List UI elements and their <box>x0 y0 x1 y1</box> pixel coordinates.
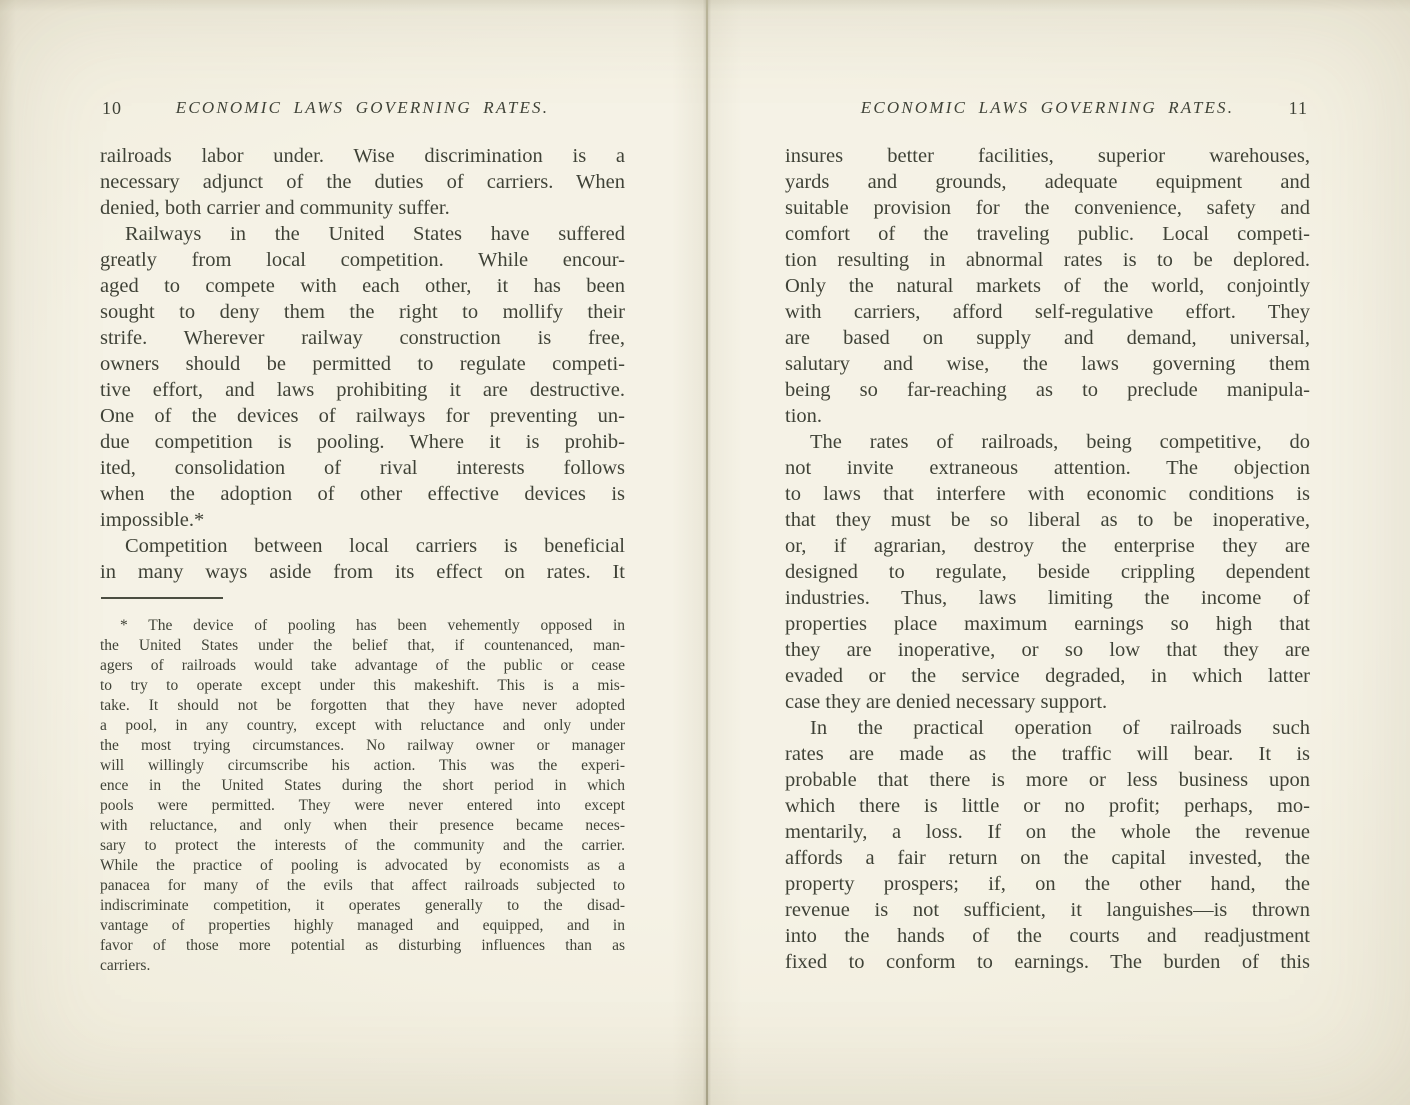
text-line: or, if agrarian, destroy the enterprise … <box>785 533 1310 559</box>
left-footnote-text: * The device of pooling has been vehemen… <box>100 616 625 976</box>
text-line: that they must be so liberal as to be in… <box>785 507 1310 533</box>
text-line: probable that there is more or less busi… <box>785 767 1310 793</box>
text-line: industries. Thus, laws limiting the inco… <box>785 585 1310 611</box>
text-line: into the hands of the courts and readjus… <box>785 923 1310 949</box>
text-line: aged to compete with each other, it has … <box>100 273 625 299</box>
text-line: favor of those more potential as disturb… <box>100 936 625 956</box>
right-page-number: 11 <box>1289 95 1308 121</box>
text-line: property prospers; if, on the other hand… <box>785 871 1310 897</box>
text-line: the most trying circumstances. No railwa… <box>100 736 625 756</box>
text-line: properties place maximum earnings so hig… <box>785 611 1310 637</box>
text-line: The rates of railroads, being competitiv… <box>785 429 1310 455</box>
text-line: mentarily, a loss. If on the whole the r… <box>785 819 1310 845</box>
text-line: insures better facilities, superior ware… <box>785 143 1310 169</box>
text-line: not invite extraneous attention. The obj… <box>785 455 1310 481</box>
binding-gutter-line <box>706 0 708 1105</box>
right-page: 11 ECONOMIC LAWS GOVERNING RATES. insure… <box>785 95 1310 975</box>
text-line: sary to protect the interests of the com… <box>100 836 625 856</box>
text-line: salutary and wise, the laws governing th… <box>785 351 1310 377</box>
text-line: Only the natural markets of the world, c… <box>785 273 1310 299</box>
text-line: ited, consolidation of rival interests f… <box>100 455 625 481</box>
left-running-head: 10 ECONOMIC LAWS GOVERNING RATES. <box>100 95 625 121</box>
text-line: take. It should not be forgotten that th… <box>100 696 625 716</box>
text-line: rates are made as the traffic will bear.… <box>785 741 1310 767</box>
text-line: * The device of pooling has been vehemen… <box>100 616 625 636</box>
text-line: case they are denied necessary support. <box>785 689 1310 715</box>
text-line: yards and grounds, adequate equipment an… <box>785 169 1310 195</box>
text-line: tion. <box>785 403 1310 429</box>
text-line: revenue is not sufficient, it languishes… <box>785 897 1310 923</box>
text-line: with reluctance, and only when their pre… <box>100 816 625 836</box>
text-line: are based on supply and demand, universa… <box>785 325 1310 351</box>
text-line: due competition is pooling. Where it is … <box>100 429 625 455</box>
text-line: agers of railroads would take advantage … <box>100 656 625 676</box>
footnote-separator <box>101 597 223 599</box>
text-line: pools were permitted. They were never en… <box>100 796 625 816</box>
text-line: to try to operate except under this make… <box>100 676 625 696</box>
text-line: tion resulting in abnormal rates is to b… <box>785 247 1310 273</box>
left-page-number: 10 <box>102 95 122 121</box>
text-line: when the adoption of other effective dev… <box>100 481 625 507</box>
text-line: tive effort, and laws prohibiting it are… <box>100 377 625 403</box>
left-body-text: railroads labor under. Wise discriminati… <box>100 143 625 585</box>
text-line: vantage of properties highly managed and… <box>100 916 625 936</box>
right-running-title: ECONOMIC LAWS GOVERNING RATES. <box>785 95 1310 121</box>
text-line: affords a fair return on the capital inv… <box>785 845 1310 871</box>
text-line: suitable provision for the convenience, … <box>785 195 1310 221</box>
book-spread: 10 ECONOMIC LAWS GOVERNING RATES. railro… <box>0 0 1410 1105</box>
text-line: strife. Wherever railway construction is… <box>100 325 625 351</box>
text-line: a pool, in any country, except with relu… <box>100 716 625 736</box>
text-line: in many ways aside from its effect on ra… <box>100 559 625 585</box>
scan-left-edge-shadow <box>0 0 16 1105</box>
text-line: denied, both carrier and community suffe… <box>100 195 625 221</box>
text-line: While the practice of pooling is advocat… <box>100 856 625 876</box>
text-line: railroads labor under. Wise discriminati… <box>100 143 625 169</box>
left-page: 10 ECONOMIC LAWS GOVERNING RATES. railro… <box>100 95 625 976</box>
text-line: greatly from local competition. While en… <box>100 247 625 273</box>
text-line: sought to deny them the right to mollify… <box>100 299 625 325</box>
text-line: will willingly circumscribe his action. … <box>100 756 625 776</box>
text-line: owners should be permitted to regulate c… <box>100 351 625 377</box>
text-line: indiscriminate competition, it operates … <box>100 896 625 916</box>
text-line: In the practical operation of railroads … <box>785 715 1310 741</box>
left-running-title: ECONOMIC LAWS GOVERNING RATES. <box>100 95 625 121</box>
text-line: impossible.* <box>100 507 625 533</box>
text-line: which there is little or no profit; perh… <box>785 793 1310 819</box>
text-line: carriers. <box>100 956 625 976</box>
text-line: fixed to conform to earnings. The burden… <box>785 949 1310 975</box>
text-line: to laws that interfere with economic con… <box>785 481 1310 507</box>
text-line: ence in the United States during the sho… <box>100 776 625 796</box>
text-line: One of the devices of railways for preve… <box>100 403 625 429</box>
text-line: with carriers, afford self-regulative ef… <box>785 299 1310 325</box>
text-line: necessary adjunct of the duties of carri… <box>100 169 625 195</box>
text-line: designed to regulate, beside crippling d… <box>785 559 1310 585</box>
right-running-head: 11 ECONOMIC LAWS GOVERNING RATES. <box>785 95 1310 121</box>
text-line: Competition between local carriers is be… <box>100 533 625 559</box>
text-line: comfort of the traveling public. Local c… <box>785 221 1310 247</box>
right-body-text: insures better facilities, superior ware… <box>785 143 1310 975</box>
text-line: Railways in the United States have suffe… <box>100 221 625 247</box>
text-line: panacea for many of the evils that affec… <box>100 876 625 896</box>
text-line: being so far-reaching as to preclude man… <box>785 377 1310 403</box>
text-line: they are inoperative, or so low that the… <box>785 637 1310 663</box>
text-line: the United States under the belief that,… <box>100 636 625 656</box>
text-line: evaded or the service degraded, in which… <box>785 663 1310 689</box>
